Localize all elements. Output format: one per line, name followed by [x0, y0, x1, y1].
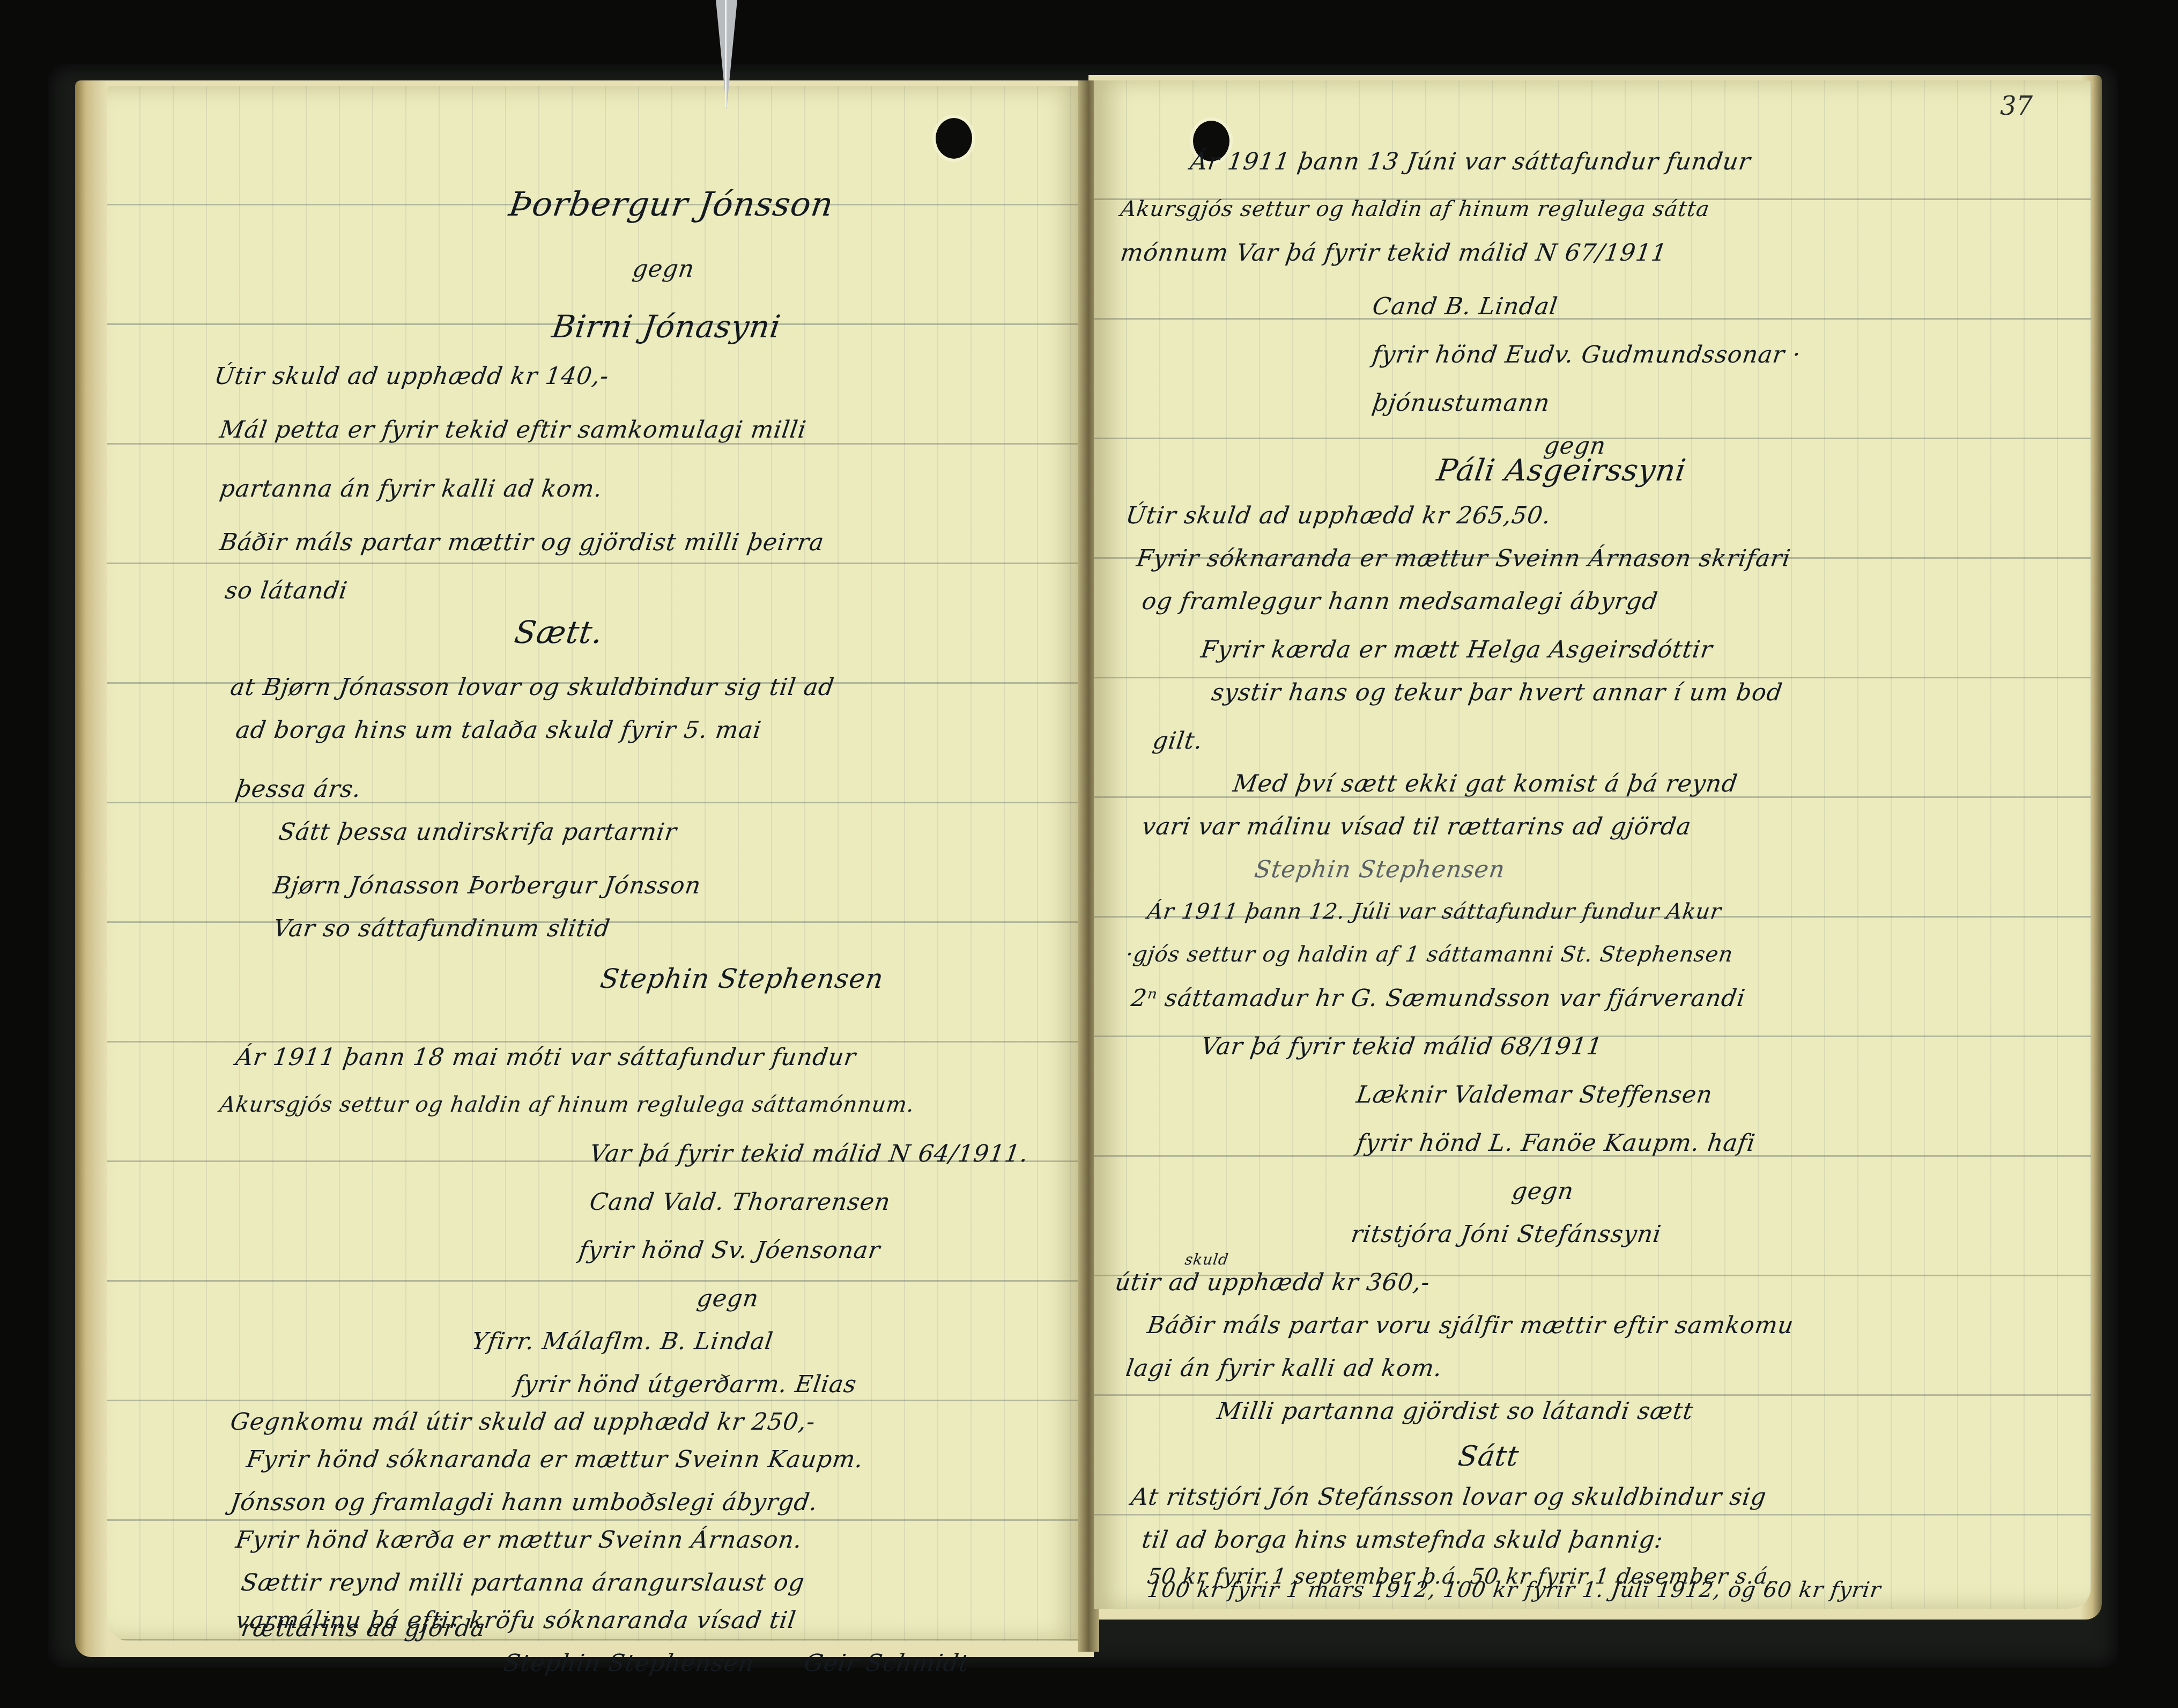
left-line: Fyrir hönd kærða er mættur Sveinn Árnaso… [234, 1528, 804, 1552]
right-case1-heading: Ár 1911 þann 13 Júni var sáttafundur fun… [1189, 150, 1752, 174]
right-line: fyrir hönd L. Fanöe Kaupm. hafi [1355, 1132, 1757, 1155]
left-case1-plaintiff: Þorbergur Jónsson [507, 188, 836, 221]
right-line: til ad borga hins umstefnda skuld þannig… [1140, 1528, 1665, 1552]
right-line: útir ad upphædd kr 360,- [1114, 1271, 1432, 1295]
right-case2-heading: Ár 1911 þann 12. Júli var sáttafundur fu… [1146, 901, 1723, 922]
right-interlinear-insertion: skuld [1184, 1252, 1229, 1267]
left-line: Mál petta er fyrir tekid eftir samkomula… [218, 418, 808, 442]
right-case1-defendant: Páli Asgeirssyni [1435, 456, 1688, 486]
left-line: Fyrir hönd sóknaranda er mættur Sveinn K… [245, 1448, 865, 1472]
right-line: Útir skuld ad upphædd kr 265,50. [1124, 504, 1553, 528]
left-line: Báðir máls partar mættir og gjördist mil… [218, 531, 826, 554]
right-case2-versus: gegn [1510, 1180, 1575, 1203]
right-signature-faint: Stephin Stephensen [1253, 858, 1507, 882]
left-case2-heading: Ár 1911 þann 18 mai móti var sáttafundur… [234, 1046, 857, 1069]
left-signatures: Bjørn Jónasson Þorbergur Jónsson [272, 874, 702, 898]
left-line: Var so sáttafundinum slitid [272, 917, 612, 941]
right-line: At ritstjóri Jón Stefánsson lovar og sku… [1130, 1485, 1768, 1509]
right-page: 37 Ár 1911 þann 13 Júni var sáttafundur … [1094, 80, 2091, 1609]
left-signature-1: Stephin Stephensen [502, 1652, 756, 1675]
right-line: Fyrir sóknaranda er mættur Sveinn Árnaso… [1135, 547, 1792, 571]
left-line: partanna án fyrir kalli ad kom. [218, 477, 604, 501]
left-line: fyrir hönd Sv. Jóensonar [577, 1239, 882, 1262]
right-physician: Læknir Valdemar Steffensen [1355, 1083, 1714, 1107]
page-number: 37 [2000, 91, 2033, 121]
right-settlement-heading: Sátt [1456, 1443, 1521, 1470]
right-line: systir hans og tekur þar hvert annar í u… [1210, 681, 1784, 705]
right-line: lagi án fyrir kalli ad kom. [1124, 1357, 1444, 1380]
right-attorney: Cand B. Lindal [1371, 295, 1559, 319]
left-line: rættarins ad gjörda [240, 1617, 487, 1640]
right-line: gilt. [1151, 729, 1204, 753]
left-settlement-heading: Sætt. [513, 617, 605, 648]
left-attorney: Cand Vald. Thorarensen [588, 1191, 892, 1214]
right-line: Med því sætt ekki gat komist á þá reynd [1232, 772, 1739, 796]
left-line: þessa árs. [234, 778, 363, 801]
left-line: so látandi [224, 579, 349, 603]
right-line: og framleggur hann medsamalegi ábyrgd [1140, 590, 1660, 613]
right-line: Báðir máls partar voru sjálfir mættir ef… [1146, 1314, 1795, 1337]
left-line: Sátt þessa undirskrifa partarnir [277, 820, 678, 844]
right-case2-defendant: ritstjóra Jóni Stefánssyni [1350, 1223, 1663, 1246]
left-signature: Stephin Stephensen [598, 965, 885, 992]
left-case-number: Var þá fyrir tekid málid N 64/1911. [588, 1142, 1030, 1166]
left-case2-versus: gegn [695, 1287, 760, 1311]
right-line: vari var málinu vísad til rættarins ad g… [1140, 815, 1693, 839]
letter-opener-edge [725, 0, 727, 107]
left-signature-2: Geir Schmidt [803, 1652, 971, 1675]
left-line: fyrir hönd útgerðarm. Elias [513, 1373, 858, 1396]
left-line: Gegnkomu mál útir skuld ad upphædd kr 25… [229, 1410, 817, 1434]
right-payment-schedule: 100 kr fyrir 1 mars 1912, 100 kr fyrir 1… [1146, 1579, 1882, 1601]
left-line: ad borga hins um talaða skuld fyrir 5. m… [234, 719, 763, 742]
left-case1-defendant: Birni Jónasyni [550, 311, 783, 342]
left-line: Sættir reynd milli partanna árangurslaus… [240, 1571, 806, 1595]
left-case1-versus: gegn [631, 257, 696, 281]
right-line: fyrir hönd Eudv. Gudmundssonar · [1371, 343, 1802, 367]
left-page: Þorbergur Jónsson gegn Birni Jónasyni Út… [107, 86, 1083, 1641]
left-line: at Bjørn Jónasson lovar og skuldbindur s… [229, 676, 836, 699]
right-line: Akursgjós settur og haldin af hinum regl… [1119, 198, 1711, 220]
punch-hole-left [936, 118, 972, 159]
letter-opener-blade [716, 0, 737, 110]
right-line: Fyrir kærda er mætt Helga Asgeirsdóttir [1199, 638, 1714, 662]
right-case-number: mónnum Var þá fyrir tekid málid N 67/191… [1119, 241, 1669, 265]
right-line: ·gjós settur og haldin af 1 sáttamanni S… [1124, 944, 1735, 965]
left-line: Akursgjós settur og haldin af hinum regl… [218, 1094, 916, 1115]
right-line: Milli partanna gjördist so látandi sætt [1216, 1400, 1695, 1423]
left-line: Jónsson og framlagdi hann umboðslegi áby… [229, 1491, 819, 1514]
right-case-number: Var þá fyrir tekid málid 68/1911 [1199, 1035, 1604, 1059]
right-line: þjónustumann [1371, 391, 1551, 415]
left-line: Útir skuld ad upphædd kr 140,- [213, 365, 610, 388]
right-line: 2ⁿ sáttamadur hr G. Sæmundsson var fjárv… [1130, 987, 1747, 1010]
left-defense-attorney: Yfirr. Málaflm. B. Lindal [470, 1330, 775, 1354]
